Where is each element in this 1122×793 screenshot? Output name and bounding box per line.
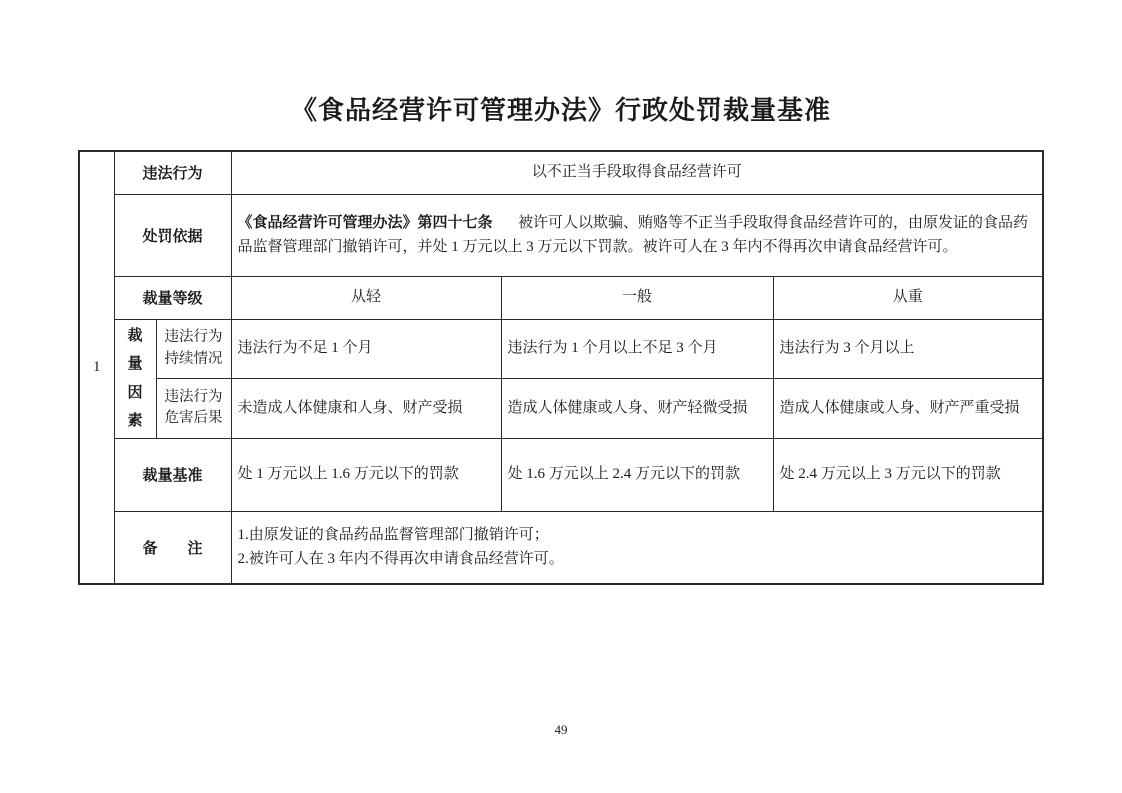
benchmark-light: 处 1 万元以上 1.6 万元以下的罚款	[231, 438, 501, 511]
benchmark-heavy: 处 2.4 万元以上 3 万元以下的罚款	[773, 438, 1043, 511]
row-remarks: 备 注 1.由原发证的食品药品监督管理部门撤销许可； 2.被许可人在 3 年内不…	[79, 511, 1043, 584]
duration-heavy: 违法行为 3 个月以上	[773, 319, 1043, 379]
consequence-label: 违法行为危害后果	[156, 379, 231, 439]
remarks-value: 1.由原发证的食品药品监督管理部门撤销许可； 2.被许可人在 3 年内不得再次申…	[231, 511, 1043, 584]
penalty-discretion-table: 1 违法行为 以不正当手段取得食品经营许可 处罚依据 《食品经营许可管理办法》第…	[78, 150, 1044, 585]
remarks-label: 备 注	[114, 511, 231, 584]
illegal-act-value: 以不正当手段取得食品经营许可	[231, 151, 1043, 194]
benchmark-normal: 处 1.6 万元以上 2.4 万元以下的罚款	[501, 438, 773, 511]
remark-line-2: 2.被许可人在 3 年内不得再次申请食品经营许可。	[238, 547, 1037, 572]
level-normal: 一般	[501, 276, 773, 319]
row-index-cell: 1	[79, 151, 114, 584]
page-number: 49	[0, 722, 1122, 738]
level-light: 从轻	[231, 276, 501, 319]
penalty-basis-article: 《食品经营许可管理办法》第四十七条	[238, 214, 493, 231]
row-duration: 裁量因素 违法行为持续情况 违法行为不足 1 个月 违法行为 1 个月以上不足 …	[79, 319, 1043, 379]
duration-normal: 违法行为 1 个月以上不足 3 个月	[501, 319, 773, 379]
level-heavy: 从重	[773, 276, 1043, 319]
discretion-level-label: 裁量等级	[114, 276, 231, 319]
consequence-light: 未造成人体健康和人身、财产受损	[231, 379, 501, 439]
remark-line-1: 1.由原发证的食品药品监督管理部门撤销许可；	[238, 523, 1037, 548]
row-illegal-act: 1 违法行为 以不正当手段取得食品经营许可	[79, 151, 1043, 194]
page-title: 《食品经营许可管理办法》行政处罚裁量基准	[0, 90, 1122, 127]
benchmark-label: 裁量基准	[114, 438, 231, 511]
row-penalty-basis: 处罚依据 《食品经营许可管理办法》第四十七条被许可人以欺骗、贿赂等不正当手段取得…	[79, 194, 1043, 276]
duration-label: 违法行为持续情况	[156, 319, 231, 379]
document-page: 《食品经营许可管理办法》行政处罚裁量基准 1 违法行为 以不正当手段取得食品经营…	[0, 0, 1122, 793]
discretion-factors-vertical-text: 裁量因素	[127, 322, 144, 436]
penalty-basis-value: 《食品经营许可管理办法》第四十七条被许可人以欺骗、贿赂等不正当手段取得食品经营许…	[231, 194, 1043, 276]
consequence-heavy: 造成人体健康或人身、财产严重受损	[773, 379, 1043, 439]
penalty-basis-label: 处罚依据	[114, 194, 231, 276]
row-discretion-level: 裁量等级 从轻 一般 从重	[79, 276, 1043, 319]
discretion-factors-label: 裁量因素	[114, 319, 156, 438]
consequence-normal: 造成人体健康或人身、财产轻微受损	[501, 379, 773, 439]
duration-light: 违法行为不足 1 个月	[231, 319, 501, 379]
illegal-act-label: 违法行为	[114, 151, 231, 194]
row-benchmark: 裁量基准 处 1 万元以上 1.6 万元以下的罚款 处 1.6 万元以上 2.4…	[79, 438, 1043, 511]
row-consequence: 违法行为危害后果 未造成人体健康和人身、财产受损 造成人体健康或人身、财产轻微受…	[79, 379, 1043, 439]
